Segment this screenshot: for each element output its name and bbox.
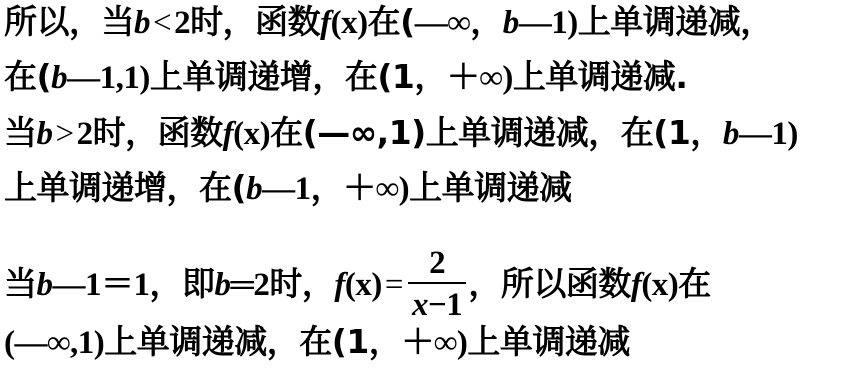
function-f: f <box>320 5 331 41</box>
text-segment: ，所以函数 <box>468 264 631 303</box>
variable-b: b <box>37 116 53 152</box>
function-args: (x) <box>233 116 270 152</box>
variable-b: b <box>246 171 262 207</box>
function-f: f <box>631 267 642 303</box>
text-line-1: 所以，当b<2时，函数f(x)在(—∞，b—1)上单调递减， <box>4 2 773 43</box>
variable-b: b <box>503 5 519 41</box>
variable-x: x <box>412 287 428 323</box>
text-segment: 上单调递减. <box>513 57 688 96</box>
text-segment: 上单调递减 <box>409 168 572 207</box>
function-args: (x) <box>345 267 382 303</box>
equation-text: ═2时， <box>231 267 335 303</box>
variable-b: b <box>37 267 53 303</box>
variable-b: b <box>215 267 231 303</box>
text-segment: 上单调递减 <box>467 322 630 361</box>
interval-text: —1) <box>519 5 578 41</box>
interval-text: ＋∞) <box>447 60 513 96</box>
text-segment: 在( <box>368 2 415 41</box>
variable-b: b <box>134 5 150 41</box>
text-line-5: 当b—1＝1，即b═2时，f(x)=2x−1，所以函数f(x)在 <box>4 248 711 324</box>
text-segment: 时，函数 <box>190 2 320 41</box>
greater-than-operator: > <box>53 116 77 152</box>
function-f: f <box>223 116 234 152</box>
less-than-operator: < <box>150 5 174 41</box>
denominator-rest: −1 <box>428 287 462 323</box>
text-segment: 上单调递减，在(1， <box>104 322 401 361</box>
text-segment: 时，函数 <box>93 113 223 152</box>
text-line-3: 当b>2时，函数f(x)在(—∞,1)上单调递减，在(1，b—1) <box>4 113 798 154</box>
text-segment: 在( <box>4 57 51 96</box>
text-line-6: (—∞,1)上单调递减，在(1，＋∞)上单调递减 <box>4 322 630 363</box>
fraction-denominator: x−1 <box>408 287 466 322</box>
text-line-2: 在(b—1,1)上单调递增，在(1，＋∞)上单调递减. <box>4 57 687 98</box>
text-segment: 在 <box>678 264 711 303</box>
text-segment: 上单调递减， <box>578 2 773 41</box>
variable-b: b <box>51 60 67 96</box>
equals-operator: = <box>382 267 406 303</box>
number: 2 <box>174 5 190 41</box>
function-f: f <box>334 267 345 303</box>
text-segment: 上单调递增，在(1， <box>150 57 447 96</box>
interval-text: —1,1) <box>67 60 150 96</box>
text-line-4: 上单调递增，在(b—1，＋∞)上单调递减 <box>4 168 572 209</box>
fraction-numerator: 2 <box>408 246 466 280</box>
fraction: 2x−1 <box>408 246 466 322</box>
text-segment: 在(—∞,1) <box>270 113 426 152</box>
function-args: (x) <box>331 5 368 41</box>
number: 2 <box>77 116 93 152</box>
equation-text: —1＝1，即 <box>53 267 215 303</box>
text-segment: 上单调递增，在( <box>4 168 246 207</box>
interval-text: —1) <box>739 116 798 152</box>
interval-text: —∞， <box>415 5 503 41</box>
interval-text: (—∞,1) <box>4 325 104 361</box>
text-segment: 当 <box>4 264 37 303</box>
variable-b: b <box>723 116 739 152</box>
text-segment: 所以，当 <box>4 2 134 41</box>
function-args: (x) <box>641 267 678 303</box>
interval-text: ＋∞) <box>401 325 467 361</box>
text-segment: 当 <box>4 113 37 152</box>
fraction-bar <box>408 282 466 284</box>
interval-text: —1，＋∞) <box>262 171 409 207</box>
text-segment: 上单调递减，在(1， <box>426 113 723 152</box>
